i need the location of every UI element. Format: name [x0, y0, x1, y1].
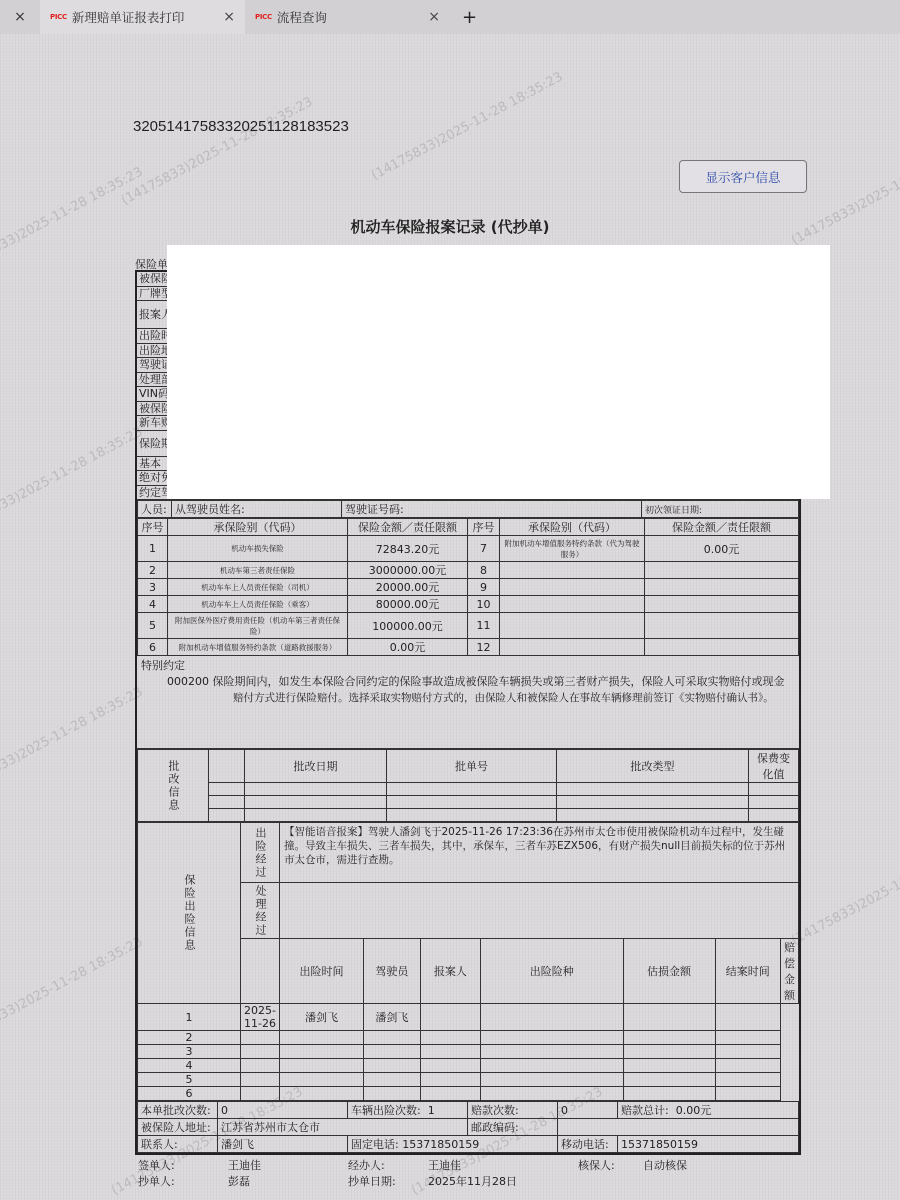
claim-cell-no: 2: [138, 1031, 241, 1045]
claim-cell-time: [241, 1031, 280, 1045]
claim-row: 12025-11-26潘剑飞潘剑飞: [138, 1004, 799, 1031]
special-terms-line: 000200 保险期间内，如发生本保险合同约定的保险事故造成被保险车辆损失或第三…: [137, 674, 799, 691]
postcode: [558, 1119, 799, 1136]
claim-cell-estimate: [481, 1031, 623, 1045]
claim-cell-driver: [279, 1073, 363, 1087]
column-header: 报案人: [420, 939, 480, 1004]
tab-process-query[interactable]: PICC 流程查询 ×: [245, 0, 450, 34]
coverage-amount: 72843.20元: [348, 536, 468, 562]
process-text: 【智能语音报案】驾驶人潘剑飞于2025-11-26 17:23:36在苏州市太仓…: [279, 823, 798, 883]
claim-cell-closed: [623, 1045, 715, 1059]
field-label: 签单人:: [135, 1157, 225, 1173]
claim-row: 4: [138, 1059, 799, 1073]
coverage-name: 机动车损失保险: [168, 536, 348, 562]
coverage-amount: 100000.00元: [348, 613, 468, 639]
watermark: (14175833)2025-11-28 18:35:23: [0, 425, 145, 539]
coverage-name: [500, 613, 645, 639]
claim-cell-coverage: [420, 1059, 480, 1073]
watermark: (14175833)2025-11-28 18:35:23: [0, 685, 145, 799]
coverage-row: 2机动车第三者责任保险3000000.00元8: [138, 562, 799, 579]
claim-cell-coverage: [420, 1087, 480, 1101]
row-number: 3: [138, 579, 168, 596]
claim-cell-driver: 潘剑飞: [279, 1004, 363, 1031]
claim-cell-coverage: [420, 1004, 480, 1031]
field-label: 从驾驶员姓名:: [172, 501, 342, 518]
column-header: 估损金额: [623, 939, 715, 1004]
claim-cell-reporter: [364, 1087, 421, 1101]
watermark: (14175833)2025-11-28 18:35:23: [119, 95, 315, 209]
insured-address: 江苏省苏州市太仓市: [218, 1119, 468, 1136]
column-header: 保险金额／责任限额: [645, 519, 799, 536]
pay-total: 赔款总计: 0.00元: [618, 1102, 799, 1119]
driver-row: 人员: 从驾驶员姓名: 驾驶证号码: 初次领证日期:: [137, 500, 799, 518]
claim-cell-closed: [623, 1031, 715, 1045]
signature-block: 签单人: 王迪佳 经办人: 王迪佳 核保人: 自动核保 抄单人: 彭磊 抄单日期…: [135, 1157, 801, 1189]
row-number: 9: [468, 579, 500, 596]
close-icon[interactable]: ×: [223, 9, 235, 25]
claim-cell-reporter: [364, 1073, 421, 1087]
row-number: 5: [138, 613, 168, 639]
column-header: 驾驶员: [364, 939, 421, 1004]
signer: 王迪佳: [225, 1157, 345, 1173]
row-number: 4: [138, 596, 168, 613]
row-number: 11: [468, 613, 500, 639]
claim-cell-closed: [623, 1073, 715, 1087]
claim-cell-driver: [279, 1059, 363, 1073]
picc-logo-icon: PICC: [50, 13, 67, 21]
process-label: 出险经过: [241, 823, 280, 883]
field-label: 车辆出险次数: 1: [348, 1102, 468, 1119]
close-icon[interactable]: ×: [428, 9, 440, 25]
special-terms-line: 赔付方式进行保险赔付。选择采取实物赔付方式的，由保险人和被保险人在事故车辆修理前…: [137, 691, 799, 708]
claim-cell-paid: [715, 1031, 780, 1045]
coverage-name: 附加机动车增值服务特约条款（道路救援服务）: [168, 639, 348, 656]
browser-tab-bar: × PICC 新理赔单证报表打印 × PICC 流程查询 × +: [0, 0, 900, 34]
watermark: (14175833)2025-11-28 18:35:23: [789, 835, 900, 949]
tab-claim-print[interactable]: PICC 新理赔单证报表打印 ×: [40, 0, 245, 34]
coverage-amount: [645, 613, 799, 639]
row-number: 12: [468, 639, 500, 656]
row-number: 7: [468, 536, 500, 562]
column-header: 保险金额／责任限额: [348, 519, 468, 536]
coverage-row: 6附加机动车增值服务特约条款（道路救援服务）0.00元12: [138, 639, 799, 656]
endorse-count: 0: [218, 1102, 348, 1119]
claim-cell-no: 4: [138, 1059, 241, 1073]
coverage-name: 机动车车上人员责任保险（乘客）: [168, 596, 348, 613]
column-header: 承保险别（代码）: [168, 519, 348, 536]
claim-cell-paid: [715, 1073, 780, 1087]
column-header: 批改日期: [245, 750, 387, 783]
claim-cell-reporter: [364, 1045, 421, 1059]
coverage-row: 5附加医保外医疗费用责任险（机动车第三者责任保险）100000.00元11: [138, 613, 799, 639]
claim-cell-no: 6: [138, 1087, 241, 1101]
claim-row: 5: [138, 1073, 799, 1087]
tab-label: 流程查询: [277, 8, 327, 26]
special-terms-title: 特别约定: [137, 656, 799, 674]
claim-cell-estimate: [481, 1073, 623, 1087]
column-header: 序号: [138, 519, 168, 536]
row-number: 8: [468, 562, 500, 579]
claim-cell-paid: [715, 1004, 780, 1031]
row-number: 2: [138, 562, 168, 579]
coverage-amount: [645, 579, 799, 596]
show-customer-info-button[interactable]: 显示客户信息: [679, 160, 807, 193]
claim-cell-time: [241, 1045, 280, 1059]
field-label: 核保人:: [575, 1157, 640, 1173]
claim-cell-time: 2025-11-26: [241, 1004, 280, 1031]
claim-cell-no: 5: [138, 1073, 241, 1087]
claim-cell-time: [241, 1073, 280, 1087]
coverage-name: [500, 596, 645, 613]
field-label: 抄单人:: [135, 1173, 225, 1189]
coverage-row: 3机动车车上人员责任保险（司机）20000.00元9: [138, 579, 799, 596]
row-number: 6: [138, 639, 168, 656]
endorsement-table: 批改信息 批改日期 批单号 批改类型 保费变化值: [137, 749, 799, 822]
column-header: 承保险别（代码）: [500, 519, 645, 536]
copy-date: 2025年11月28日: [425, 1173, 575, 1189]
coverage-amount: 20000.00元: [348, 579, 468, 596]
claim-cell-closed: [623, 1087, 715, 1101]
close-icon[interactable]: ×: [0, 9, 40, 25]
handling-text: [279, 883, 798, 939]
field-label: 驾驶证号码:: [342, 501, 642, 518]
coverage-name: [500, 562, 645, 579]
coverage-table: 序号 承保险别（代码） 保险金额／责任限额 序号 承保险别（代码） 保险金额／责…: [137, 518, 799, 656]
claim-cell-estimate: [481, 1059, 623, 1073]
claim-cell-coverage: [420, 1045, 480, 1059]
claim-cell-estimate: [481, 1004, 623, 1031]
contact-name: 潘剑飞: [218, 1136, 348, 1153]
field-label: 邮政编码:: [468, 1119, 558, 1136]
endorsement-side-label: 批改信息: [138, 750, 209, 822]
coverage-name: 附加医保外医疗费用责任险（机动车第三者责任保险）: [168, 613, 348, 639]
claim-cell-reporter: 潘剑飞: [364, 1004, 421, 1031]
row-number: 10: [468, 596, 500, 613]
coverage-row: 4机动车车上人员责任保险（乘客）80000.00元10: [138, 596, 799, 613]
coverage-name: [500, 579, 645, 596]
watermark: (14175833)2025-11-28 18:35:23: [0, 935, 145, 1049]
coverage-amount: 80000.00元: [348, 596, 468, 613]
special-terms-section: 特别约定 000200 保险期间内，如发生本保险合同约定的保险事故造成被保险车辆…: [137, 656, 799, 749]
claim-row: 3: [138, 1045, 799, 1059]
coverage-amount: [645, 596, 799, 613]
coverage-amount: 0.00元: [348, 639, 468, 656]
field-label: 人员:: [138, 501, 172, 518]
copier: 彭磊: [225, 1173, 345, 1189]
claim-cell-no: 1: [138, 1004, 241, 1031]
claim-cell-reporter: [364, 1059, 421, 1073]
field-label: 本单批改次数:: [138, 1102, 218, 1119]
claim-cell-paid: [715, 1045, 780, 1059]
watermark: (14175833)2025-11-28 18:35:23: [369, 70, 565, 184]
claim-cell-time: [241, 1059, 280, 1073]
claim-cell-paid: [715, 1059, 780, 1073]
summary-table: 本单批改次数: 0 车辆出险次数: 1 赔款次数: 0 赔款总计: 0.00元 …: [137, 1101, 799, 1153]
claim-cell-driver: [279, 1031, 363, 1045]
field-label: 赔款次数:: [468, 1102, 558, 1119]
claim-cell-paid: [715, 1087, 780, 1101]
claim-cell-driver: [279, 1045, 363, 1059]
coverage-name: 附加机动车增值服务特约条款（代为驾驶服务）: [500, 536, 645, 562]
coverage-name: [500, 639, 645, 656]
claim-cell-no: 3: [138, 1045, 241, 1059]
claim-cell-reporter: [364, 1031, 421, 1045]
column-header: 结案时间: [715, 939, 780, 1004]
report-number: 320514175833202511281835​23: [133, 118, 349, 135]
field-label: 经办人:: [345, 1157, 425, 1173]
mobile: 15371850159: [618, 1136, 799, 1153]
picc-logo-icon: PICC: [255, 13, 272, 21]
coverage-name: 机动车第三者责任保险: [168, 562, 348, 579]
column-header: 出险时间: [279, 939, 363, 1004]
checker: 自动核保: [640, 1157, 801, 1173]
coverage-amount: [645, 639, 799, 656]
coverage-row: 1机动车损失保险72843.20元7附加机动车增值服务特约条款（代为驾驶服务）0…: [138, 536, 799, 562]
claim-cell-closed: [623, 1004, 715, 1031]
new-tab-button[interactable]: +: [462, 7, 477, 28]
claim-cell-coverage: [420, 1073, 480, 1087]
column-header: 批单号: [387, 750, 557, 783]
column-header: 批改类型: [557, 750, 749, 783]
coverage-amount: [645, 562, 799, 579]
claim-side-label: 保险出险信息: [138, 823, 241, 1004]
column-header: 出险险种: [481, 939, 623, 1004]
coverage-amount: 0.00元: [645, 536, 799, 562]
claim-row: 6: [138, 1087, 799, 1101]
claim-cell-coverage: [420, 1031, 480, 1045]
claim-cell-time: [241, 1087, 280, 1101]
column-header: 序号: [468, 519, 500, 536]
tab-label: 新理赔单证报表打印: [72, 8, 185, 26]
row-number: 1: [138, 536, 168, 562]
coverage-amount: 3000000.00元: [348, 562, 468, 579]
landline: 固定电话: 15371850159: [348, 1136, 558, 1153]
claim-cell-closed: [623, 1059, 715, 1073]
column-header: 赔偿金额: [781, 939, 799, 1004]
field-label: 初次领证日期:: [642, 501, 799, 518]
handler: 王迪佳: [425, 1157, 575, 1173]
coverage-name: 机动车车上人员责任保险（司机）: [168, 579, 348, 596]
claim-cell-estimate: [481, 1045, 623, 1059]
pay-count: 0: [558, 1102, 618, 1119]
handling-label: 处理经过: [241, 883, 280, 939]
claim-cell-estimate: [481, 1087, 623, 1101]
claim-info-table: 保险出险信息 出险经过 【智能语音报案】驾驶人潘剑飞于2025-11-26 17…: [137, 822, 799, 1101]
field-label: 联系人:: [138, 1136, 218, 1153]
column-header: 保费变化值: [749, 750, 799, 783]
field-label: 移动电话:: [558, 1136, 618, 1153]
claim-cell-driver: [279, 1087, 363, 1101]
claim-row: 2: [138, 1031, 799, 1045]
field-label: 抄单日期:: [345, 1173, 425, 1189]
redacted-area: [167, 245, 830, 499]
field-label: 被保险人地址:: [138, 1119, 218, 1136]
